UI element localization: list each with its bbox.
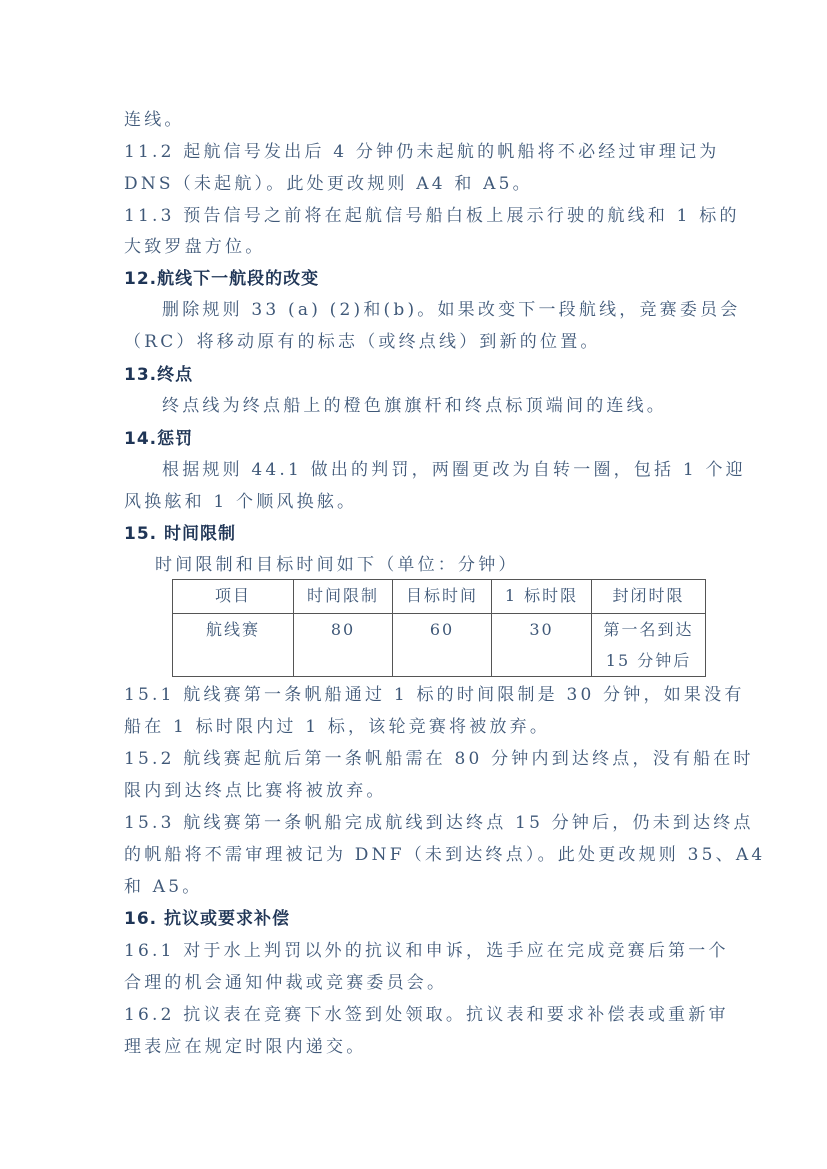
section-13-paragraph: 终点线为终点船上的橙色旗旗杆和终点标顶端间的连线。	[162, 396, 667, 416]
closing-limit-line-1: 第一名到达	[592, 614, 705, 645]
section-15-intro: 时间限制和目标时间如下（单位：分钟）	[155, 555, 519, 575]
section-16-heading: 16. 抗议或要求补偿	[124, 909, 290, 929]
section-15-heading: 15. 时间限制	[124, 524, 236, 544]
section-14-heading: 14.惩罚	[124, 429, 193, 449]
table-header-cell: 目标时间	[393, 580, 492, 614]
text-line: 连线。	[124, 110, 185, 130]
rule-11-3-line-1: 11.3 预告信号之前将在起航信号船白板上展示行驶的航线和 1 标的	[124, 206, 740, 226]
table-header-row: 项目 时间限制 目标时间 1 标时限 封闭时限	[173, 580, 706, 614]
table-row: 航线赛 80 60 30 第一名到达 15 分钟后	[173, 614, 706, 677]
table-cell: 60	[393, 614, 492, 677]
rule-15-3-line-2: 的帆船将不需审理被记为 DNF（未到达终点）。此处更改规则 35、A4	[124, 845, 765, 865]
table-header-cell: 封闭时限	[592, 580, 706, 614]
table-cell: 80	[294, 614, 393, 677]
closing-limit-line-2: 15 分钟后	[592, 645, 705, 676]
rule-15-2-line-2: 限内到达终点比赛将被放弃。	[124, 781, 387, 801]
rule-16-2-line-2: 理表应在规定时限内递交。	[124, 1037, 366, 1057]
table-header-cell: 1 标时限	[492, 580, 592, 614]
rule-16-1-line-1: 16.1 对于水上判罚以外的抗议和申诉，选手应在完成竞赛后第一个	[124, 941, 729, 961]
table-cell-closing-limit: 第一名到达 15 分钟后	[592, 614, 706, 677]
rule-16-2-line-1: 16.2 抗议表在竞赛下水签到处领取。抗议表和要求补偿表或重新审	[124, 1005, 729, 1025]
table-header-cell: 项目	[173, 580, 294, 614]
rule-15-1-line-2: 船在 1 标时限内过 1 标，该轮竞赛将被放弃。	[124, 717, 550, 737]
rule-16-1-line-2: 合理的机会通知仲裁或竞赛委员会。	[124, 973, 447, 993]
section-13-heading: 13.终点	[124, 365, 193, 385]
table-cell: 30	[492, 614, 592, 677]
section-14-paragraph-line-1: 根据规则 44.1 做出的判罚，两圈更改为自转一圈，包括 1 个迎	[162, 460, 746, 480]
rule-15-3-line-1: 15.3 航线赛第一条帆船完成航线到达终点 15 分钟后，仍未到达终点	[124, 813, 754, 833]
rule-15-3-line-3: 和 A5。	[124, 877, 203, 897]
section-14-paragraph-line-2: 风换舷和 1 个顺风换舷。	[124, 492, 357, 512]
time-limits-table: 项目 时间限制 目标时间 1 标时限 封闭时限 航线赛 80 60 30 第一名…	[172, 579, 706, 677]
section-12-paragraph-line-1: 删除规则 33 (a) (2)和(b)。如果改变下一段航线，竞赛委员会	[162, 300, 740, 320]
section-12-paragraph-line-2: （RC）将移动原有的标志（或终点线）到新的位置。	[124, 332, 601, 352]
rule-11-2-line-2: DNS（未起航）。此处更改规则 A4 和 A5。	[124, 174, 533, 194]
section-12-heading: 12.航线下一航段的改变	[124, 269, 319, 289]
table-cell: 航线赛	[173, 614, 294, 677]
rule-15-1-line-1: 15.1 航线赛第一条帆船通过 1 标的时间限制是 30 分钟，如果没有	[124, 685, 745, 705]
table-header-cell: 时间限制	[294, 580, 393, 614]
rule-11-2-line-1: 11.2 起航信号发出后 4 分钟仍未起航的帆船将不必经过审理记为	[124, 142, 719, 162]
rule-11-3-line-2: 大致罗盘方位。	[124, 237, 265, 257]
rule-15-2-line-1: 15.2 航线赛起航后第一条帆船需在 80 分钟内到达终点，没有船在时	[124, 749, 754, 769]
